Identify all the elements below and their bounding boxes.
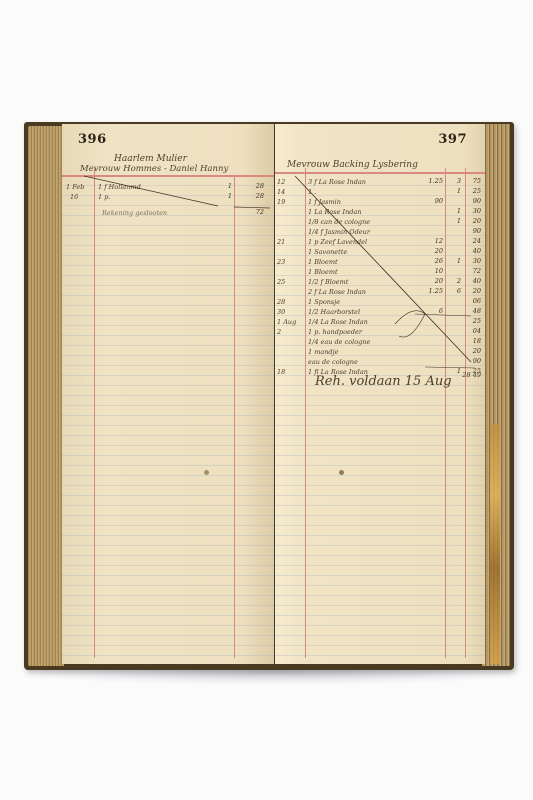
strike-through-line (62, 124, 274, 244)
right-page-edges (482, 124, 510, 666)
amount-column-rule (234, 176, 235, 658)
left-page: 396 Haarlem Mulier Mevrouw Hommes - Dani… (62, 124, 274, 664)
gilt-edge (490, 424, 500, 664)
right-page: 397 Mevrouw Backing Lysbering 12 14 19 2… (275, 124, 485, 664)
paper-stain (204, 470, 209, 475)
paper-stain (339, 470, 344, 475)
cancel-strike-lines (275, 124, 485, 384)
left-page-edges (28, 126, 64, 666)
